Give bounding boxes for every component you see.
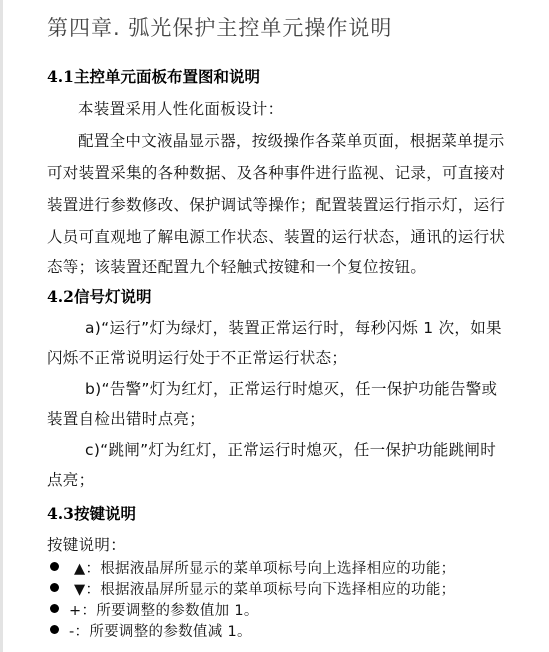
paragraph-line: 可对装置采集的各种数据、及各种事件进行监视、记录，可直接对 [47, 161, 505, 183]
bullet-text: ▼：根据液晶屏所显示的菜单项标号向下选择相应的功能； [74, 578, 455, 599]
page-left-border [0, 0, 3, 652]
paragraph-line: 配置全中文液晶显示器，按级操作各菜单页面，根据菜单提示 [78, 129, 505, 151]
bullet-text: ▲：根据液晶屏所显示的菜单项标号向上选择相应的功能； [74, 557, 455, 578]
paragraph-line: c)“跳闸”灯为红灯，正常运行时熄灭，任一保护功能跳闸时 [85, 438, 496, 460]
bullet-text: -：所要调整的参数值减 1。 [69, 620, 252, 641]
paragraph-line: 装置自检出错时点亮； [47, 407, 205, 429]
bullet-item: +：所要调整的参数值加 1。 [47, 599, 522, 619]
section-heading-4-2: 4.2信号灯说明 [47, 285, 151, 307]
bullet-item: ▼：根据液晶屏所显示的菜单项标号向下选择相应的功能； [47, 578, 522, 598]
bullet-icon [50, 583, 59, 592]
paragraph-line: 本装置采用人性化面板设计： [78, 97, 283, 119]
bullet-icon [50, 604, 59, 613]
paragraph-line: 人员可直观地了解电源工作状态、装置的运行状态，通讯的运行状 [47, 225, 505, 247]
chapter-title: 第四章. 弧光保护主控单元操作说明 [47, 12, 392, 42]
bullet-icon [50, 625, 59, 634]
bullet-item: -：所要调整的参数值减 1。 [47, 620, 522, 640]
bullet-icon [50, 562, 59, 571]
paragraph-line: a)“运行”灯为绿灯，装置正常运行时，每秒闪烁 1 次，如果 [85, 316, 502, 338]
section-heading-4-1: 4.1主控单元面板布置图和说明 [47, 65, 260, 87]
paragraph-line: 闪烁不正常说明运行处于不正常运行状态； [47, 346, 347, 368]
paragraph-line: 按键说明： [47, 533, 126, 555]
paragraph-line: 点亮； [47, 468, 94, 490]
paragraph-line: b)“告警”灯为红灯，正常运行时熄灭，任一保护功能告警或 [85, 377, 497, 399]
paragraph-line: 装置进行参数修改、保护调试等操作；配置装置运行指示灯，运行 [47, 193, 505, 215]
bullet-item: ▲：根据液晶屏所显示的菜单项标号向上选择相应的功能； [47, 557, 522, 577]
bullet-text: +：所要调整的参数值加 1。 [69, 599, 259, 620]
paragraph-line: 态等；该装置还配置九个轻触式按键和一个复位按钮。 [47, 255, 426, 277]
section-heading-4-3: 4.3按键说明 [47, 502, 136, 524]
